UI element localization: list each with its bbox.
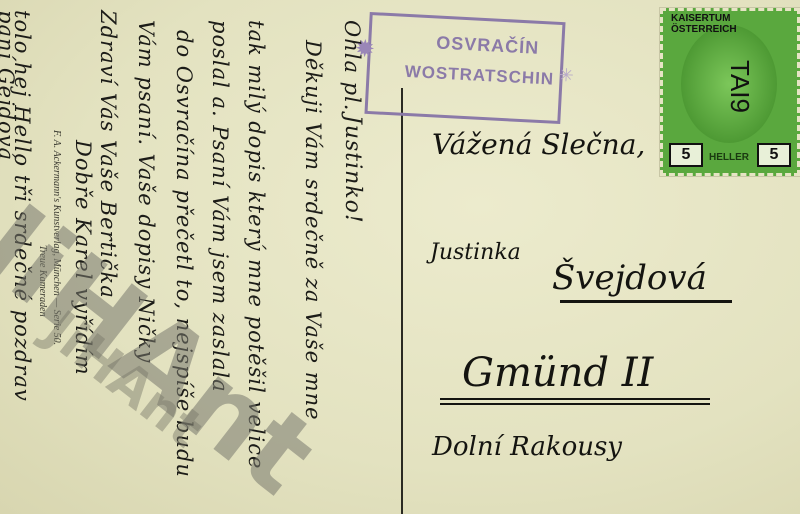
postcard: Ohla pl. Justinko! Děkuji Vám srdečně za… bbox=[0, 0, 800, 514]
address-city: Gmünd II bbox=[462, 350, 653, 396]
postcard-divider-line bbox=[401, 88, 403, 514]
surname-underline bbox=[560, 300, 732, 303]
address-surname: Švejdová bbox=[552, 258, 707, 298]
cancellation-stamp: ✹ OSVRAČÍN WOSTRATSCHIN ✳ bbox=[364, 12, 565, 124]
address-salutation: Vážená Slečna, bbox=[432, 128, 645, 161]
star-icon: ✹ bbox=[354, 34, 376, 64]
stamp-value-left: 5 bbox=[669, 143, 703, 167]
cancel-stamp-line2: WOSTRATSCHIN bbox=[404, 62, 554, 90]
postage-stamp: KAISERTUM ÖSTERREICH TAI9 5 HELLER 5 bbox=[660, 8, 800, 176]
message-column-11: paní Gejdová bbox=[0, 10, 18, 161]
message-column-3: Děkuji Vám srdečně za Vaše mne bbox=[301, 40, 325, 421]
message-column-2: Justinko! bbox=[340, 115, 365, 224]
stamp-denomination: HELLER bbox=[709, 152, 749, 163]
stamp-value-right: 5 bbox=[757, 143, 791, 167]
postmark: TAI9 bbox=[724, 60, 755, 113]
stamp-legend: KAISERTUM ÖSTERREICH bbox=[671, 13, 797, 35]
cancel-stamp-line1: OSVRAČÍN bbox=[436, 32, 540, 58]
address-first-name: Justinka bbox=[430, 240, 521, 265]
address-region: Dolní Rakousy bbox=[432, 432, 622, 462]
star-icon: ✳ bbox=[558, 65, 574, 87]
city-double-underline bbox=[440, 398, 710, 400]
